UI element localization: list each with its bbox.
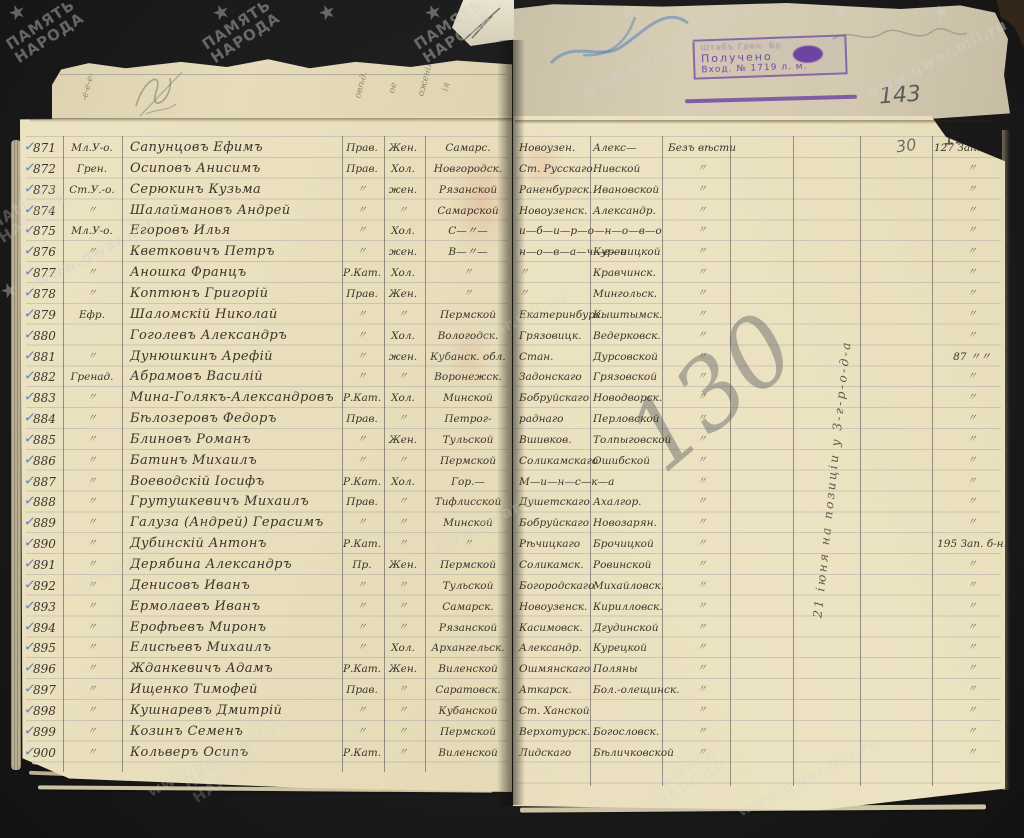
rank: 〃 bbox=[64, 602, 120, 613]
soldier-name: Шалаймановъ Андрей bbox=[130, 204, 342, 218]
religion: Прав. bbox=[342, 497, 382, 508]
unit-ref: 〃 bbox=[929, 164, 1015, 175]
uyezd: Ст. Ханской bbox=[519, 706, 590, 717]
wrapper-sheet: Штабъ Грен. Бр. Получено Вход. № 1719 л.… bbox=[513, 3, 1010, 123]
unit-ref: 〃 bbox=[929, 185, 1015, 196]
fate-status: 〃 bbox=[659, 539, 745, 550]
fate-status: 〃 bbox=[659, 748, 745, 759]
row-number: 882 bbox=[33, 371, 56, 384]
row-number: 889 bbox=[33, 517, 56, 530]
unit-ref: 〃 bbox=[929, 247, 1015, 258]
unit-ref: 〃 bbox=[929, 623, 1015, 634]
row-number: 887 bbox=[33, 476, 56, 489]
soldier-name: Воеводскій Іосифъ bbox=[130, 475, 342, 489]
religion: 〃 bbox=[342, 226, 382, 237]
uyezd: Душетскаго bbox=[519, 497, 590, 508]
fate-status: 〃 bbox=[659, 206, 745, 217]
unit-ref: 〃 bbox=[929, 331, 1015, 342]
row-number: 885 bbox=[33, 434, 56, 447]
marital-status: жен. bbox=[383, 247, 423, 258]
row-number: 892 bbox=[33, 580, 56, 593]
religion: 〃 bbox=[342, 518, 382, 529]
row-number: 881 bbox=[33, 351, 56, 364]
fate-status: 〃 bbox=[659, 581, 745, 592]
fate-status: 〃 bbox=[659, 685, 745, 696]
fate-status: 〃 bbox=[659, 247, 745, 258]
rank: 〃 bbox=[64, 456, 120, 467]
volost: Курецкой bbox=[593, 643, 647, 654]
marital-status: Хол. bbox=[383, 643, 423, 654]
row-number: 872 bbox=[33, 163, 56, 176]
rank: 〃 bbox=[64, 477, 120, 488]
row-number: 874 bbox=[33, 205, 56, 218]
page-seam bbox=[30, 118, 512, 122]
row-number: 884 bbox=[33, 413, 56, 426]
religion: 〃 bbox=[342, 602, 382, 613]
marital-status: 〃 bbox=[383, 497, 423, 508]
uyezd: Ошмянскаго bbox=[519, 664, 590, 675]
wrapper-scribbles bbox=[513, 3, 1010, 123]
soldier-name: Блиновъ Романъ bbox=[130, 433, 342, 447]
uyezd: Александр. bbox=[519, 643, 582, 654]
soldier-name: Денисовъ Иванъ bbox=[130, 579, 342, 593]
rank: 〃 bbox=[64, 748, 120, 759]
unit-ref: 87 〃〃 bbox=[929, 352, 1015, 363]
soldier-name: Аношка Францъ bbox=[130, 266, 342, 280]
marital-status: 〃 bbox=[383, 414, 423, 425]
uyezd: Новоузен. bbox=[519, 143, 575, 154]
uyezd: Богородскаго bbox=[519, 581, 594, 592]
religion: Пр. bbox=[342, 560, 382, 571]
star-icon: ★ bbox=[314, 0, 339, 26]
volost: Перловской bbox=[593, 414, 659, 425]
volost: Дгудинской bbox=[593, 623, 659, 634]
row-number: 878 bbox=[33, 288, 56, 301]
unit-ref: 〃 bbox=[929, 310, 1015, 321]
unit-ref: 〃 bbox=[929, 289, 1015, 300]
rank: 〃 bbox=[64, 435, 120, 446]
uyezd: Рѣчицкаго bbox=[519, 539, 580, 550]
rank: Мл.У-о. bbox=[64, 143, 120, 154]
unit-ref: 〃 bbox=[929, 581, 1015, 592]
uyezd: Лидскаго bbox=[519, 748, 571, 759]
rank: 〃 bbox=[64, 581, 120, 592]
soldier-name: Кольверъ Осипъ bbox=[130, 746, 342, 760]
fate-status: 〃 bbox=[659, 185, 745, 196]
volost: Нивской bbox=[593, 164, 640, 175]
marital-status: жен. bbox=[383, 185, 423, 196]
marital-status: 〃 bbox=[383, 206, 423, 217]
volost: Грязовской bbox=[593, 372, 657, 383]
row-number: 900 bbox=[33, 747, 56, 760]
rank: 〃 bbox=[64, 560, 120, 571]
fate-status: 〃 bbox=[659, 164, 745, 175]
rank: Гренад. bbox=[64, 372, 120, 383]
unit-ref: 〃 bbox=[929, 518, 1015, 529]
religion: 〃 bbox=[342, 185, 382, 196]
unit-ref: 〃 bbox=[929, 685, 1015, 696]
uyezd: Касимовск. bbox=[519, 623, 583, 634]
unit-ref: 〃 bbox=[929, 268, 1015, 279]
soldier-name: Егоровъ Илья bbox=[130, 224, 342, 238]
religion: Прав. bbox=[342, 289, 382, 300]
soldier-name: Елисѣевъ Михаилъ bbox=[130, 641, 342, 655]
religion: Р.Кат. bbox=[342, 539, 382, 550]
rank: 〃 bbox=[64, 643, 120, 654]
row-number: 896 bbox=[33, 663, 56, 676]
unit-ref: 〃 bbox=[929, 372, 1015, 383]
uyezd: Соликамск. bbox=[519, 560, 584, 571]
religion: 〃 bbox=[342, 372, 382, 383]
soldier-name: Галуза (Андрей) Герасимъ bbox=[130, 516, 342, 530]
uyezd: Грязовицк. bbox=[519, 331, 581, 342]
row-number: 894 bbox=[33, 622, 56, 635]
rank: 〃 bbox=[64, 539, 120, 550]
uyezd: Аткарск. bbox=[519, 685, 572, 696]
marital-status: Жен. bbox=[383, 143, 423, 154]
fragment-pencil-scribble bbox=[52, 58, 512, 122]
uyezd: Ст. Русскаго bbox=[519, 164, 593, 175]
volost: Ахалгор. bbox=[593, 497, 642, 508]
soldier-name: Ерофѣевъ Миронъ bbox=[130, 621, 342, 635]
religion: 〃 bbox=[342, 247, 382, 258]
marital-status: Жен. bbox=[383, 435, 423, 446]
soldier-name: Осиповъ Анисимъ bbox=[130, 162, 342, 176]
fate-status: 〃 bbox=[659, 289, 745, 300]
fate-status: 〃 bbox=[659, 310, 745, 321]
uyezd: раднаго bbox=[519, 414, 563, 425]
soldier-name: Коптюнъ Григорій bbox=[130, 287, 342, 301]
religion: 〃 bbox=[342, 727, 382, 738]
torn-fragment-sheet: -е-е-е- овѣд. ое оженія ія bbox=[52, 58, 512, 122]
soldier-name: Кветковичъ Петръ bbox=[130, 245, 342, 259]
soldier-name: Батинъ Михаилъ bbox=[130, 454, 342, 468]
rank: 〃 bbox=[64, 664, 120, 675]
soldier-name: Козинъ Семенъ bbox=[130, 725, 342, 739]
marital-status: Хол. bbox=[383, 477, 423, 488]
unit-ref: 〃 bbox=[929, 748, 1015, 759]
row-number: 890 bbox=[33, 538, 56, 551]
right-ledger-page: 128 30 130 21 іюня на позиціи у З-г-р-о-… bbox=[513, 116, 1005, 813]
rank: 〃 bbox=[64, 685, 120, 696]
uyezd: Задонскаго bbox=[519, 372, 582, 383]
religion: 〃 bbox=[342, 435, 382, 446]
marital-status: Хол. bbox=[383, 268, 423, 279]
rank: Грен. bbox=[64, 164, 120, 175]
row-number: 871 bbox=[33, 142, 56, 155]
soldier-name: Шаломскій Николай bbox=[130, 308, 342, 322]
religion: 〃 bbox=[342, 352, 382, 363]
soldier-name: Серюкинъ Кузьма bbox=[130, 183, 342, 197]
marital-status: 〃 bbox=[383, 602, 423, 613]
fate-status: 〃 bbox=[659, 414, 745, 425]
uyezd: Верхотурск. bbox=[519, 727, 590, 738]
fate-status: 〃 bbox=[659, 643, 745, 654]
volost: Михайловск. bbox=[593, 581, 664, 592]
unit-ref: 〃 bbox=[929, 435, 1015, 446]
row-number: 899 bbox=[33, 726, 56, 739]
soldier-name: Мина-Голякъ-Александровъ bbox=[130, 391, 342, 405]
soldier-name: Бѣлозеровъ Федоръ bbox=[130, 412, 342, 426]
row-number: 893 bbox=[33, 601, 56, 614]
religion: Прав. bbox=[342, 414, 382, 425]
religion: 〃 bbox=[342, 331, 382, 342]
religion: 〃 bbox=[342, 310, 382, 321]
fate-status: 〃 bbox=[659, 352, 745, 363]
soldier-name: Гоголевъ Александръ bbox=[130, 329, 342, 343]
unit-ref: 195 Зап. б-н. bbox=[929, 539, 1015, 550]
soldier-name: Ермолаевъ Иванъ bbox=[130, 600, 342, 614]
volost: Кравчинск. bbox=[593, 268, 656, 279]
fate-status: 〃 bbox=[659, 518, 745, 529]
fate-status: 〃 bbox=[659, 560, 745, 571]
religion: Прав. bbox=[342, 164, 382, 175]
marital-status: Хол. bbox=[383, 164, 423, 175]
religion: Р.Кат. bbox=[342, 268, 382, 279]
marital-status: 〃 bbox=[383, 748, 423, 759]
rank: 〃 bbox=[64, 518, 120, 529]
rank: 〃 bbox=[64, 497, 120, 508]
row-number: 898 bbox=[33, 705, 56, 718]
uyezd: Новоузенск. bbox=[519, 206, 587, 217]
rank: 〃 bbox=[64, 268, 120, 279]
row-number: 875 bbox=[33, 225, 56, 238]
row-number: 886 bbox=[33, 455, 56, 468]
book-binding-shadow bbox=[497, 40, 525, 805]
row-number: 883 bbox=[33, 392, 56, 405]
left-rows: ✓871Мл.У-о.Сапунцовъ ЕфимъПрав.Жен.Самар… bbox=[20, 116, 512, 792]
fate-status: 〃 bbox=[659, 331, 745, 342]
unit-ref: 〃 bbox=[929, 602, 1015, 613]
volost: Ошибской bbox=[593, 456, 650, 467]
rank: 〃 bbox=[64, 247, 120, 258]
fate-status: 〃 bbox=[659, 623, 745, 634]
marital-status: 〃 bbox=[383, 581, 423, 592]
volost: Кирилловск. bbox=[593, 602, 663, 613]
left-ledger-page: ✓871Мл.У-о.Сапунцовъ ЕфимъПрав.Жен.Самар… bbox=[20, 116, 512, 792]
uyezd: Раненбургск. bbox=[519, 185, 592, 196]
fate-status: 〃 bbox=[659, 602, 745, 613]
religion: 〃 bbox=[342, 643, 382, 654]
volost: Ровинской bbox=[593, 560, 651, 571]
volost: Алекс— bbox=[593, 143, 637, 154]
volost: Новозарян. bbox=[593, 518, 657, 529]
religion: 〃 bbox=[342, 623, 382, 634]
uyezd: и—б—и—р—о—н—о—в—о bbox=[519, 226, 662, 237]
fate-status: Безъ вѣсти bbox=[659, 143, 745, 154]
religion: Прав. bbox=[342, 143, 382, 154]
unit-ref: 〃 bbox=[929, 477, 1015, 488]
row-number: 888 bbox=[33, 496, 56, 509]
star-icon: ★ bbox=[208, 0, 233, 26]
marital-status: Хол. bbox=[383, 331, 423, 342]
fate-status: 〃 bbox=[659, 664, 745, 675]
row-number: 880 bbox=[33, 330, 56, 343]
rank: Мл.У-о. bbox=[64, 226, 120, 237]
rank: 〃 bbox=[64, 727, 120, 738]
row-number: 897 bbox=[33, 684, 56, 697]
religion: 〃 bbox=[342, 206, 382, 217]
uyezd: Соликамскаго bbox=[519, 456, 598, 467]
memory-of-people-watermark: ПАМЯТЬНАРОДА bbox=[200, 0, 283, 66]
volost: Куреницкой bbox=[593, 247, 661, 258]
soldier-name: Грутушкевичъ Михаилъ bbox=[130, 495, 342, 509]
soldier-name: Дунюшкинъ Арефій bbox=[130, 350, 342, 364]
religion: 〃 bbox=[342, 706, 382, 717]
marital-status: 〃 bbox=[383, 372, 423, 383]
rank: 〃 bbox=[64, 393, 120, 404]
uyezd: Бобруйскаго bbox=[519, 518, 589, 529]
row-number: 877 bbox=[33, 267, 56, 280]
memory-of-people-watermark: ПАМЯТЬНАРОДА bbox=[4, 0, 87, 66]
uyezd: М—и—н—с—к—а bbox=[519, 477, 614, 488]
marital-status: Жен. bbox=[383, 560, 423, 571]
fate-status: 〃 bbox=[659, 435, 745, 446]
volost: Брочицкой bbox=[593, 539, 654, 550]
uyezd: Екатеринбург. bbox=[519, 310, 604, 321]
uyezd: Новоузенск. bbox=[519, 602, 587, 613]
soldier-name: Ищенко Тимофей bbox=[130, 683, 342, 697]
marital-status: Хол. bbox=[383, 393, 423, 404]
religion: Р.Кат. bbox=[342, 748, 382, 759]
unit-ref: 〃 bbox=[929, 393, 1015, 404]
volost: Богословск. bbox=[593, 727, 659, 738]
religion: Р.Кат. bbox=[342, 664, 382, 675]
marital-status: 〃 bbox=[383, 706, 423, 717]
fate-status: 〃 bbox=[659, 393, 745, 404]
soldier-name: Дерябина Александръ bbox=[130, 558, 342, 572]
uyezd: Бобруйскаго bbox=[519, 393, 589, 404]
unit-ref: 〃 bbox=[929, 497, 1015, 508]
rank: 〃 bbox=[64, 206, 120, 217]
rank: 〃 bbox=[64, 414, 120, 425]
soldier-name: Кушнаревъ Дмитрій bbox=[130, 704, 342, 718]
volost: Ведерковск. bbox=[593, 331, 661, 342]
soldier-name: Жданкевичъ Адамъ bbox=[130, 662, 342, 676]
rank: 〃 bbox=[64, 623, 120, 634]
volost: Ивановской bbox=[593, 185, 659, 196]
fate-status: 〃 bbox=[659, 727, 745, 738]
marital-status: 〃 bbox=[383, 518, 423, 529]
rank: 〃 bbox=[64, 289, 120, 300]
religion: 〃 bbox=[342, 581, 382, 592]
fate-status: 〃 bbox=[659, 477, 745, 488]
rank: Ст.У.-о. bbox=[64, 185, 120, 196]
marital-status: 〃 bbox=[383, 310, 423, 321]
row-number: 873 bbox=[33, 184, 56, 197]
rank: Ефр. bbox=[64, 310, 120, 321]
marital-status: Жен. bbox=[383, 664, 423, 675]
marital-status: Жен. bbox=[383, 289, 423, 300]
unit-ref: 〃 bbox=[929, 456, 1015, 467]
right-rows: Новоузен.Алекс—Безъ вѣсти127 Зап. б-на.С… bbox=[513, 116, 1005, 813]
unit-ref: 〃 bbox=[929, 206, 1015, 217]
unit-ref: 〃 bbox=[929, 706, 1015, 717]
fate-status: 〃 bbox=[659, 497, 745, 508]
page-seam bbox=[515, 120, 993, 124]
unit-ref: 〃 bbox=[929, 727, 1015, 738]
volost: Дурсовской bbox=[593, 352, 658, 363]
rank: 〃 bbox=[64, 352, 120, 363]
volost: Поляны bbox=[593, 664, 638, 675]
fate-status: 〃 bbox=[659, 706, 745, 717]
volost: Мингольск. bbox=[593, 289, 657, 300]
uyezd: Вшивков. bbox=[519, 435, 572, 446]
star-icon: ★ bbox=[420, 0, 445, 26]
marital-status: Хол. bbox=[383, 226, 423, 237]
marital-status: 〃 bbox=[383, 539, 423, 550]
row-number: 895 bbox=[33, 642, 56, 655]
unit-ref: 〃 bbox=[929, 560, 1015, 571]
row-number: 891 bbox=[33, 559, 56, 572]
religion: 〃 bbox=[342, 456, 382, 467]
religion: Прав. bbox=[342, 685, 382, 696]
soldier-name: Абрамовъ Василій bbox=[130, 370, 342, 384]
unit-ref: 〃 bbox=[929, 643, 1015, 654]
volost: Кыштымск. bbox=[593, 310, 662, 321]
soldier-name: Сапунцовъ Ефимъ bbox=[130, 141, 342, 155]
soldier-name: Дубинскій Антонъ bbox=[130, 537, 342, 551]
row-number: 876 bbox=[33, 246, 56, 259]
marital-status: 〃 bbox=[383, 456, 423, 467]
unit-ref: 〃 bbox=[929, 226, 1015, 237]
fate-status: 〃 bbox=[659, 456, 745, 467]
volost: Александр. bbox=[593, 206, 656, 217]
unit-ref: 〃 bbox=[929, 664, 1015, 675]
volost: Новодворск. bbox=[593, 393, 662, 404]
archive-scan: Штабъ Грен. Бр. Получено Вход. № 1719 л.… bbox=[0, 0, 1024, 838]
left-stacked-page-edges bbox=[11, 140, 21, 770]
religion: Р.Кат. bbox=[342, 477, 382, 488]
marital-status: жен. bbox=[383, 352, 423, 363]
star-icon: ★ bbox=[4, 0, 29, 26]
marital-status: 〃 bbox=[383, 623, 423, 634]
row-number: 879 bbox=[33, 309, 56, 322]
rank: 〃 bbox=[64, 706, 120, 717]
religion: Р.Кат. bbox=[342, 393, 382, 404]
marital-status: 〃 bbox=[383, 727, 423, 738]
fate-status: 〃 bbox=[659, 372, 745, 383]
unit-ref: 〃 bbox=[929, 414, 1015, 425]
fate-status: 〃 bbox=[659, 268, 745, 279]
marital-status: 〃 bbox=[383, 685, 423, 696]
fate-status: 〃 bbox=[659, 226, 745, 237]
